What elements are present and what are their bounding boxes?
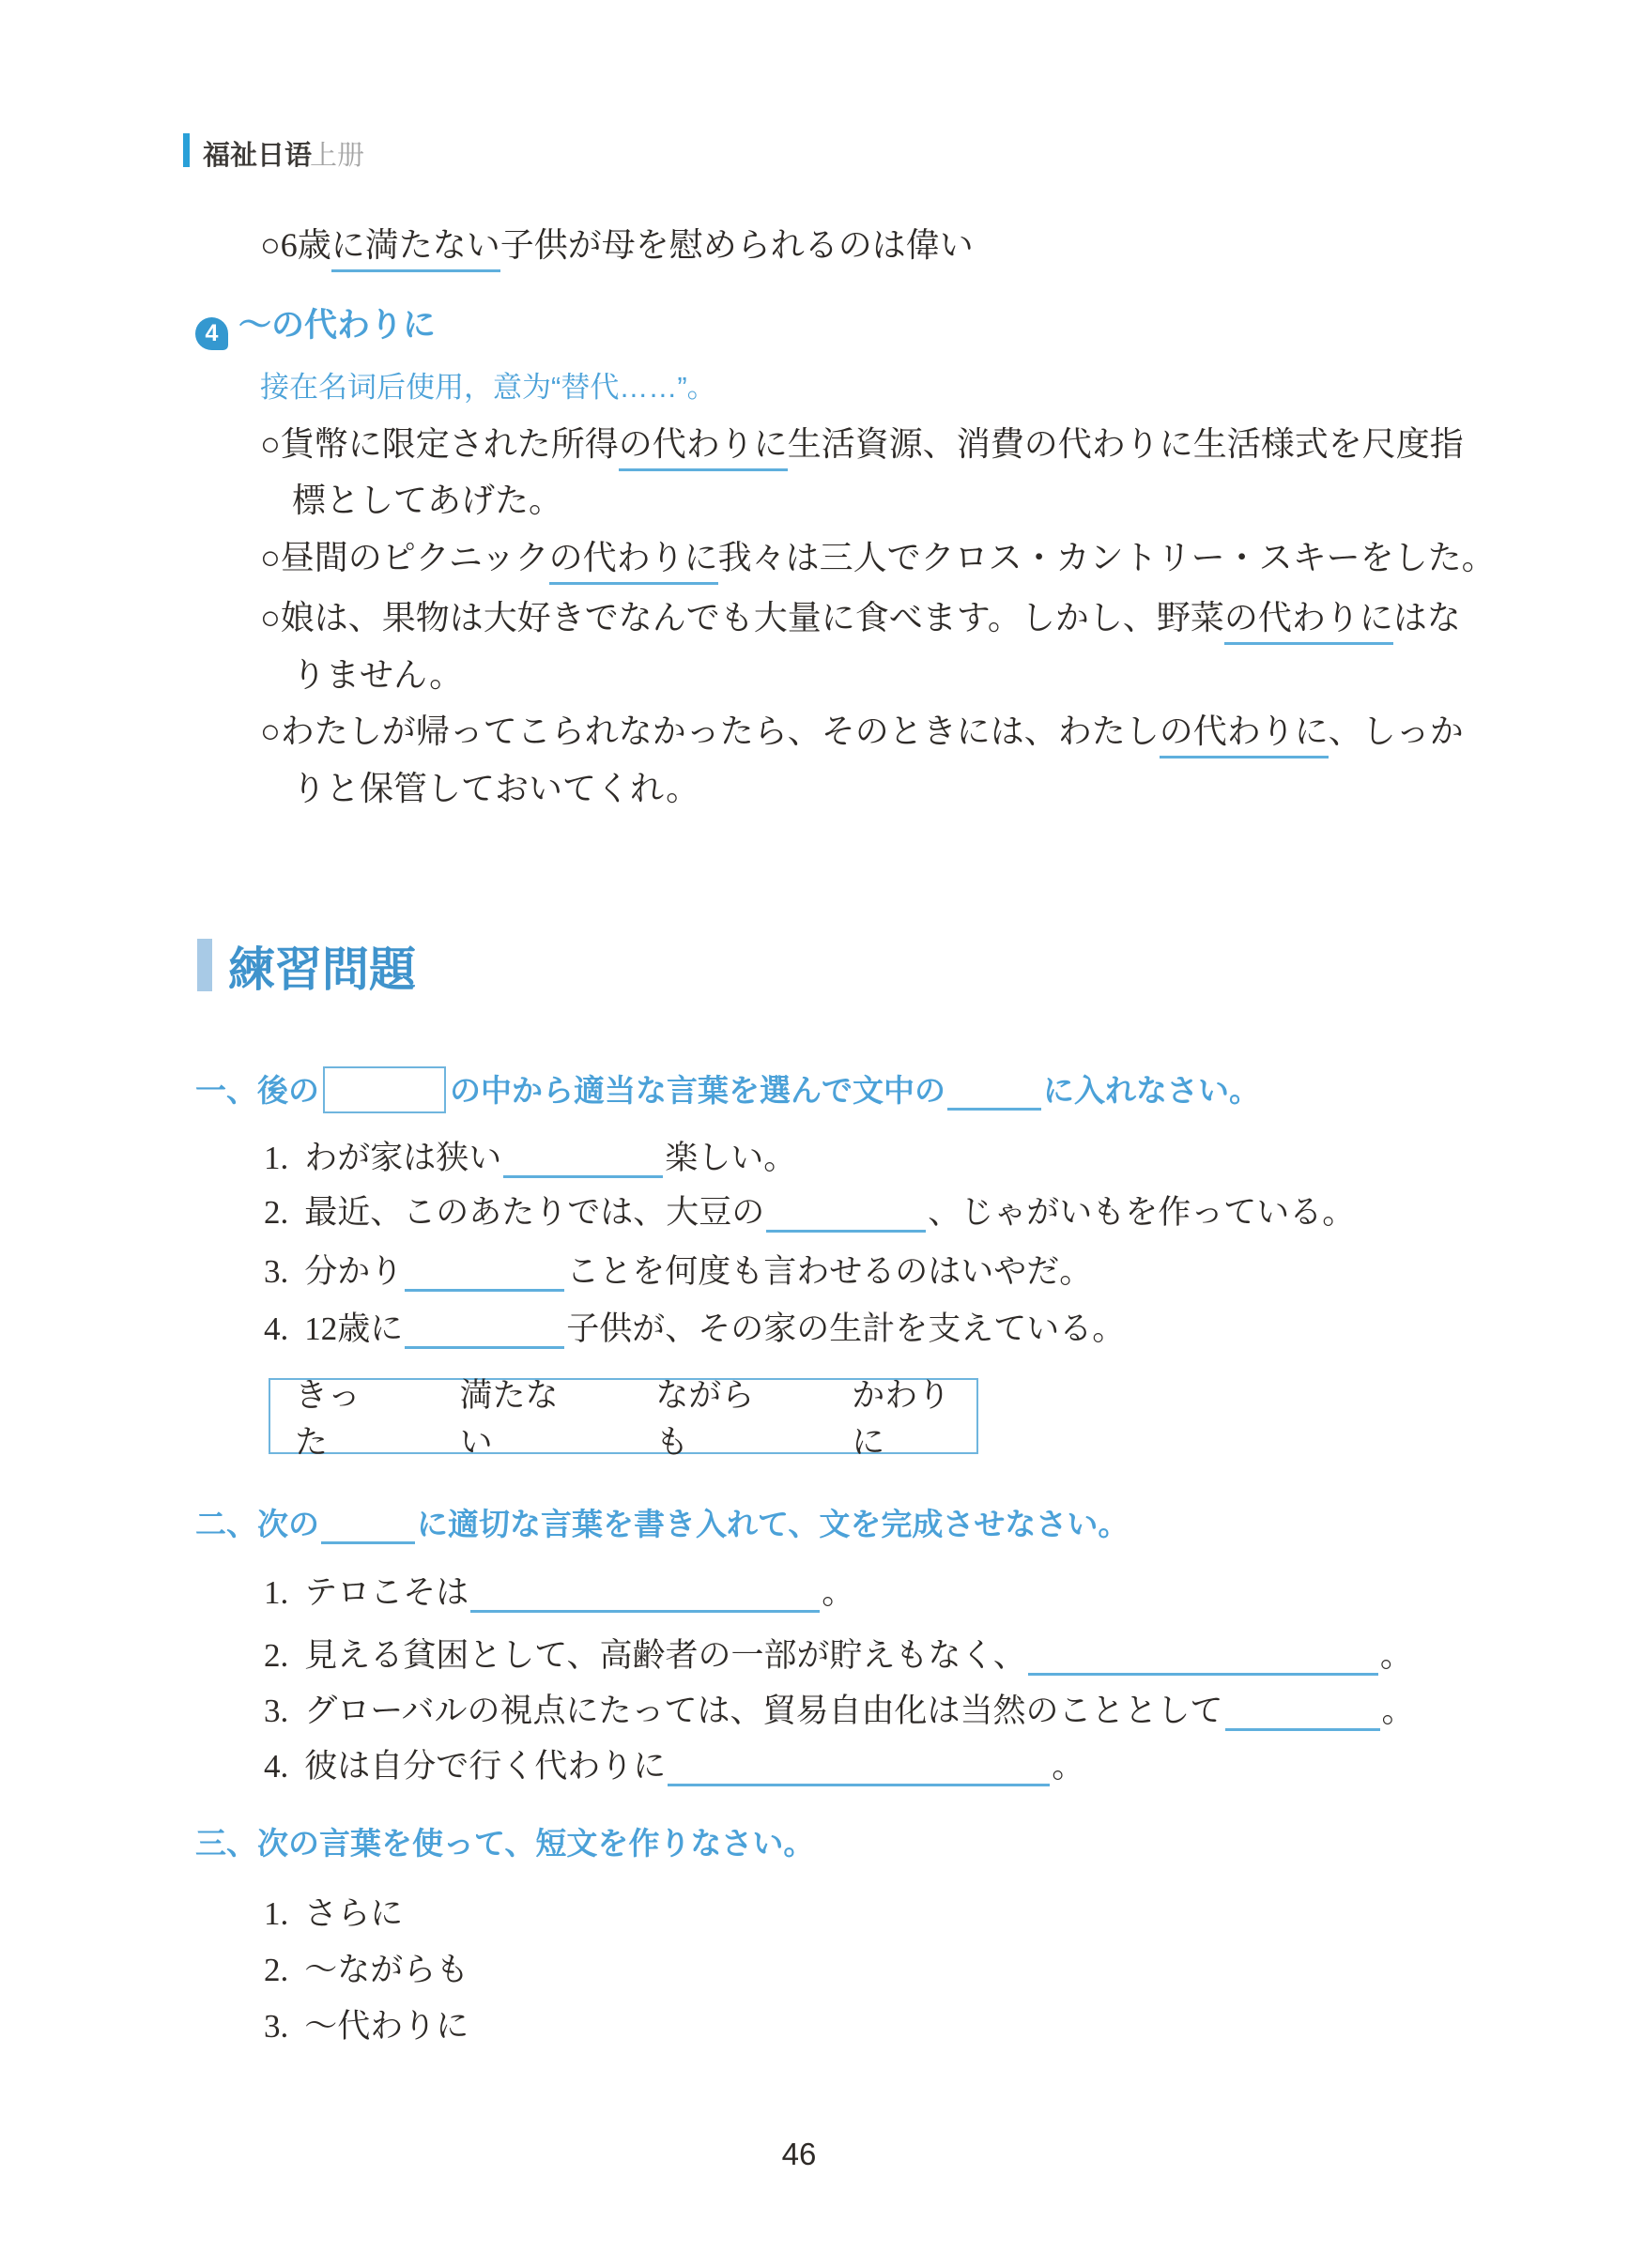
- item-number: 1.: [264, 1895, 288, 1932]
- word-choice: ながらも: [655, 1370, 780, 1463]
- exercise2-label: 二、: [195, 1507, 257, 1541]
- page-number: 46: [0, 2137, 1598, 2172]
- underlined-grammar: の代わりに: [549, 539, 718, 585]
- item-text: 12歳に: [304, 1310, 403, 1347]
- example-text: ○娘は、果物は大好きでなんでも大量に食べます。しかし、野菜: [260, 599, 1224, 636]
- exercise1-item: 3.分かりことを何度も言わせるのはいやだ。: [264, 1251, 1092, 1292]
- underlined-grammar: の代わりに: [619, 425, 788, 471]
- exercise2-item: 1.テロこそは。: [264, 1572, 854, 1613]
- practice-heading: 練習問題: [228, 932, 416, 1000]
- item-text: ことを何度も言わせるのはいやだ。: [566, 1253, 1092, 1290]
- example-text: 、しっか: [1329, 713, 1464, 750]
- example-text: 子供が母を慰められるのは偉い: [500, 226, 974, 264]
- item-number: 3.: [264, 1693, 288, 1729]
- textbook-page: 福祉日语 上册 ○6歳に満たない子供が母を慰められるのは偉い 4～の代わりに 接…: [0, 0, 1629, 2268]
- example-text: 生活資源、消費の代わりに生活様式を尺度指: [788, 425, 1464, 463]
- exercise3-header: 三、次の言葉を使って、短文を作りなさい。: [195, 1826, 814, 1862]
- exercise3-label: 三、: [195, 1826, 257, 1861]
- exercise2-header: 二、次のに適切な言葉を書き入れて、文を完成させなさい。: [195, 1504, 1129, 1544]
- blank-line: [470, 1572, 820, 1613]
- word-choice-box-placeholder: [323, 1066, 446, 1113]
- item-text: ～代わりに: [304, 2008, 469, 2045]
- book-volume: 上册: [310, 134, 364, 173]
- item-number: 4.: [264, 1748, 288, 1785]
- exercise3-item: 1.さらに: [264, 1894, 403, 1933]
- item-text: 楽しい。: [665, 1140, 796, 1176]
- blank-line: [321, 1504, 415, 1544]
- word-choice-box: きった 満たない ながらも かわりに: [269, 1378, 978, 1454]
- item-text: 子供が、その家の生計を支えている。: [566, 1310, 1125, 1347]
- header-accent-bar: [183, 133, 190, 167]
- exercise1-instruction: に入れなさい。: [1043, 1073, 1260, 1108]
- blank-line: [1028, 1635, 1378, 1676]
- item-number: 2.: [264, 1194, 288, 1231]
- item-text: さらに: [304, 1895, 403, 1932]
- item-text: 。: [822, 1574, 854, 1611]
- grammar-section-title: 4～の代わりに: [195, 306, 436, 350]
- exercise2-item: 4.彼は自分で行く代わりに。: [264, 1746, 1084, 1786]
- word-choice: かわりに: [852, 1370, 976, 1463]
- example-text: ○貨幣に限定された所得: [260, 425, 619, 463]
- blank-line: [947, 1070, 1041, 1111]
- blank-line: [405, 1309, 564, 1349]
- exercise3-instruction: 次の言葉を使って、短文を作りなさい。: [257, 1826, 814, 1861]
- item-text: 最近、このあたりでは、大豆の: [304, 1194, 764, 1231]
- word-choice: 満たない: [460, 1370, 585, 1463]
- word-choice: きった: [295, 1370, 389, 1463]
- example-text: 我々は三人でクロス・カントリー・スキーをした。: [718, 539, 1496, 576]
- item-text: 。: [1052, 1748, 1084, 1785]
- exercise1-item: 1.わが家は狭い楽しい。: [264, 1138, 796, 1178]
- exercise1-item: 4.12歳に子供が、その家の生計を支えている。: [264, 1309, 1125, 1349]
- exercise1-instruction: の中から適当な言葉を選んで文中の: [450, 1073, 945, 1108]
- book-title: 福祉日语: [203, 134, 312, 173]
- item-text: 彼は自分で行く代わりに: [304, 1748, 666, 1785]
- example-sentence: ○6歳に満たない子供が母を慰められるのは偉い: [260, 225, 974, 265]
- item-text: 、じゃがいもを作っている。: [928, 1194, 1355, 1231]
- item-text: 。: [1380, 1637, 1413, 1674]
- blank-line: [405, 1251, 564, 1292]
- item-number: 3.: [264, 2008, 288, 2045]
- blank-line: [766, 1192, 926, 1233]
- item-text: 。: [1382, 1693, 1415, 1729]
- example-sentence-continuation: 標としてあげた。: [292, 481, 562, 520]
- underlined-grammar: の代わりに: [1224, 599, 1393, 645]
- example-sentence: ○貨幣に限定された所得の代わりに生活資源、消費の代わりに生活様式を尺度指: [260, 424, 1464, 464]
- item-number: 4.: [264, 1310, 288, 1347]
- section-number-badge: 4: [195, 317, 228, 350]
- exercise1-label: 一、: [195, 1073, 257, 1108]
- blank-line: [668, 1746, 1050, 1786]
- underlined-grammar: の代わりに: [1160, 713, 1329, 759]
- example-sentence: ○娘は、果物は大好きでなんでも大量に食べます。しかし、野菜の代わりにはな: [260, 598, 1461, 637]
- exercise2-item: 3.グローバルの視点にたっては、貿易自由化は当然のこととして。: [264, 1691, 1415, 1731]
- item-number: 3.: [264, 1253, 288, 1290]
- item-number: 1.: [264, 1140, 288, 1176]
- exercise1-item: 2.最近、このあたりでは、大豆の、じゃがいもを作っている。: [264, 1192, 1355, 1233]
- blank-line: [503, 1138, 663, 1178]
- item-text: わが家は狭い: [304, 1140, 501, 1176]
- exercise2-instruction: 次の: [257, 1507, 319, 1541]
- item-text: ～ながらも: [304, 1952, 469, 1988]
- example-text: ○昼間のピクニック: [260, 539, 549, 576]
- exercise3-item: 3.～代わりに: [264, 2007, 469, 2046]
- item-text: テロこそは: [304, 1574, 469, 1611]
- exercise3-item: 2.～ながらも: [264, 1951, 469, 1989]
- exercise2-instruction: に適切な言葉を書き入れて、文を完成させなさい。: [417, 1507, 1129, 1541]
- item-number: 2.: [264, 1637, 288, 1674]
- grammar-explanation: 接在名词后使用，意为“替代……”。: [260, 371, 716, 406]
- item-text: 分かり: [304, 1253, 403, 1290]
- item-text: グローバルの視点にたっては、貿易自由化は当然のこととして: [304, 1693, 1222, 1729]
- example-text: はな: [1393, 599, 1461, 636]
- blank-line: [1225, 1691, 1380, 1731]
- example-sentence: ○昼間のピクニックの代わりに我々は三人でクロス・カントリー・スキーをした。: [260, 538, 1496, 577]
- example-text: ○わたしが帰ってこられなかったら、そのときには、わたし: [260, 713, 1160, 750]
- example-sentence: ○わたしが帰ってこられなかったら、そのときには、わたしの代わりに、しっか: [260, 712, 1464, 751]
- practice-heading-bar: [197, 939, 212, 991]
- example-text: ○6歳: [260, 226, 331, 264]
- exercise1-header: 一、後のの中から適当な言葉を選んで文中のに入れなさい。: [195, 1066, 1260, 1113]
- item-number: 1.: [264, 1574, 288, 1611]
- example-sentence-continuation: りと保管しておいてくれ。: [292, 769, 699, 808]
- underlined-grammar: に満たない: [331, 226, 500, 272]
- grammar-pattern: ～の代わりに: [238, 307, 436, 344]
- item-number: 2.: [264, 1952, 288, 1988]
- exercise1-instruction: 後の: [257, 1073, 319, 1108]
- exercise2-item: 2.見える貧困として、高齢者の一部が貯えもなく、。: [264, 1635, 1413, 1676]
- item-text: 見える貧困として、高齢者の一部が貯えもなく、: [304, 1637, 1026, 1674]
- example-sentence-continuation: りません。: [292, 655, 463, 695]
